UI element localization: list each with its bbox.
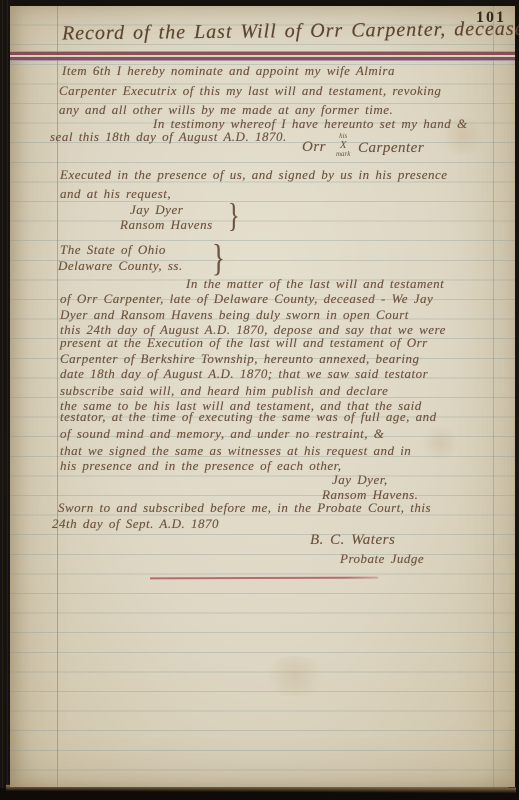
closing-rule — [150, 577, 378, 580]
probate-line: that we signed the same as witnesses at … — [60, 443, 411, 459]
venue-brace: } — [212, 236, 225, 280]
venue-county: Delaware County, ss. — [58, 258, 183, 274]
venue-state: The State of Ohio — [60, 242, 166, 258]
left-margin-line — [57, 6, 58, 787]
scanned-will-record-photo: { "colors": { "paper": "#ded7c4", "ink":… — [0, 0, 519, 800]
will-item6-line: seal this 18th day of August A.D. 1870. — [50, 129, 287, 145]
witness-brace: } — [228, 196, 240, 235]
right-margin-line — [493, 6, 494, 787]
will-item6-line: Carpenter Executrix of this my last will… — [59, 83, 441, 99]
probate-line: Dyer and Ransom Havens being duly sworn … — [60, 307, 409, 323]
testator-signature-first: Orr — [302, 139, 326, 156]
page-title: Record of the Last Will of Orr Carpenter… — [62, 17, 519, 45]
probate-line: testator, at the time of executing the s… — [60, 409, 437, 425]
will-item6-line: Item 6th I hereby nominate and appoint m… — [62, 63, 395, 79]
jurat-line: 24th day of Sept. A.D. 1870 — [52, 516, 219, 532]
judge-signature: B. C. Waters — [310, 532, 395, 549]
jurat-line: Sworn to and subscribed before me, in th… — [58, 500, 431, 516]
witness-signature: Jay Dyer, — [332, 472, 388, 488]
probate-line: his presence and in the presence of each… — [60, 458, 342, 474]
header-divider-band — [10, 51, 515, 61]
paper-stain — [420, 426, 460, 460]
witness-name: Ransom Havens — [120, 217, 213, 233]
probate-line: of sound mind and memory, and under no r… — [60, 426, 384, 442]
his-x-mark: his X mark — [336, 133, 350, 158]
probate-line: of Orr Carpenter, late of Delaware Count… — [60, 291, 433, 307]
witness-name: Jay Dyer — [130, 202, 183, 218]
paper-stain — [260, 656, 330, 696]
mark-label: mark — [336, 151, 350, 158]
probate-line: In the matter of the last will and testa… — [186, 276, 444, 292]
probate-line: date 18th day of August A.D. 1870; that … — [60, 366, 428, 382]
probate-line: subscribe said will, and heard him publi… — [60, 383, 388, 399]
attestation-line: and at his request, — [60, 186, 171, 202]
testator-signature-last: Carpenter — [358, 140, 424, 157]
ledger-page: 101 Record of the Last Will of Orr Carpe… — [10, 6, 515, 787]
attestation-line: Executed in the presence of us, and sign… — [60, 167, 448, 183]
probate-line: Carpenter of Berkshire Township, hereunt… — [60, 351, 419, 367]
probate-line: present at the Execution of the last wil… — [60, 335, 428, 351]
judge-title: Probate Judge — [340, 551, 424, 567]
